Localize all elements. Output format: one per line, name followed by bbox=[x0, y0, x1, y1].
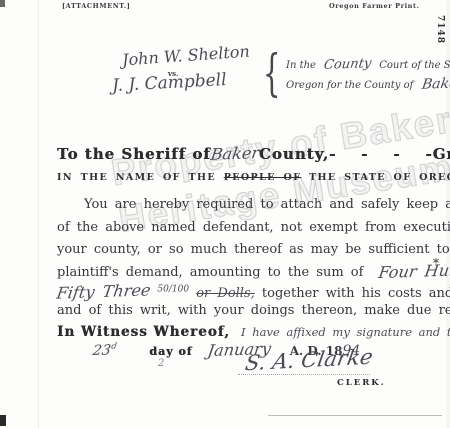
form-type-label: [ATTACHMENT.] bbox=[62, 2, 130, 10]
clerk-label: CLERK. bbox=[337, 378, 386, 388]
court-designation-line1: In the County Court of the State of bbox=[286, 53, 446, 72]
greeting-county-label: County, bbox=[259, 145, 329, 163]
day-of-label: day of bbox=[149, 345, 192, 358]
body-line6: and of this writ, with your doings there… bbox=[57, 303, 450, 318]
authority-line: IN THE NAME OF THE PEOPLE OF THE STATE O… bbox=[57, 172, 450, 183]
edge-stamp: 7148 bbox=[435, 15, 445, 44]
county-blank-handwritten: Baker bbox=[421, 75, 450, 92]
amount-handwritten-part2: Fifty Three bbox=[55, 280, 151, 302]
defendant-name: J. J. Campbell bbox=[112, 70, 227, 96]
greeting-dashes: - - - - bbox=[329, 145, 433, 163]
court-line1-post: Court of the State of bbox=[379, 60, 450, 71]
court-designation-line2: Oregon for the County of Baker bbox=[286, 73, 446, 92]
greeting-line: To the Sheriff of Baker County, - - - - … bbox=[57, 144, 425, 163]
court-name-handwritten: County bbox=[323, 56, 372, 73]
bottom-rule bbox=[268, 414, 442, 416]
scan-speck-top-left bbox=[0, 0, 5, 7]
body-line4-printed: plaintiff's demand, amounting to the sum… bbox=[57, 265, 363, 280]
authority-pre: IN THE NAME OF THE bbox=[57, 172, 216, 183]
body-line5-printed: together with his costs and expenses,-- bbox=[262, 286, 450, 301]
court-line2-pre: Oregon for the County of bbox=[286, 80, 413, 91]
printer-credit: Oregon Farmer Print. bbox=[329, 2, 419, 10]
amount-struck-words: or Dolls, bbox=[196, 286, 255, 301]
authority-struck-words: PEOPLE OF bbox=[224, 172, 302, 183]
amount-fraction: 50/100 bbox=[157, 285, 189, 295]
greeting-pre: To the Sheriff of bbox=[57, 145, 211, 163]
testimonium-line: In Witness Whereof, I have affixed my si… bbox=[57, 321, 450, 340]
body-line2: of the above named defendant, not exempt… bbox=[57, 220, 450, 235]
body-line3: your county, or so much thereof as may b… bbox=[57, 242, 450, 257]
plaintiff-name: John W. Shelton bbox=[121, 42, 250, 70]
caption-brace: { bbox=[263, 48, 280, 98]
margin-asterisk: * bbox=[433, 256, 439, 270]
date-day-suffix: d bbox=[111, 341, 118, 351]
greeting-county-handwritten: Baker bbox=[209, 143, 260, 164]
authority-post: THE STATE OF OREGON: bbox=[309, 172, 450, 183]
date-day: 23d bbox=[92, 341, 118, 359]
greeting-word: Greeting: bbox=[433, 145, 450, 163]
scanned-legal-document: Property of Baker Heritage Museum [ATTAC… bbox=[0, 0, 450, 428]
stray-pencil-mark: 2 bbox=[158, 358, 164, 369]
amount-handwritten-part1: Four Hundred bbox=[377, 259, 450, 282]
page-fold-crease bbox=[38, 0, 39, 428]
scan-speck-bottom-left bbox=[0, 415, 6, 426]
body-line5: Fifty Three 50/100 or Dolls, together wi… bbox=[57, 282, 450, 301]
court-line1-pre: In the bbox=[286, 60, 316, 71]
testimonium-heading: In Witness Whereof, bbox=[57, 324, 230, 340]
testimonium-script: I have affixed my signature and the seal… bbox=[241, 325, 450, 339]
body-line1: You are hereby required to attach and sa… bbox=[84, 197, 450, 212]
body-line4: plaintiff's demand, amounting to the sum… bbox=[57, 261, 450, 280]
